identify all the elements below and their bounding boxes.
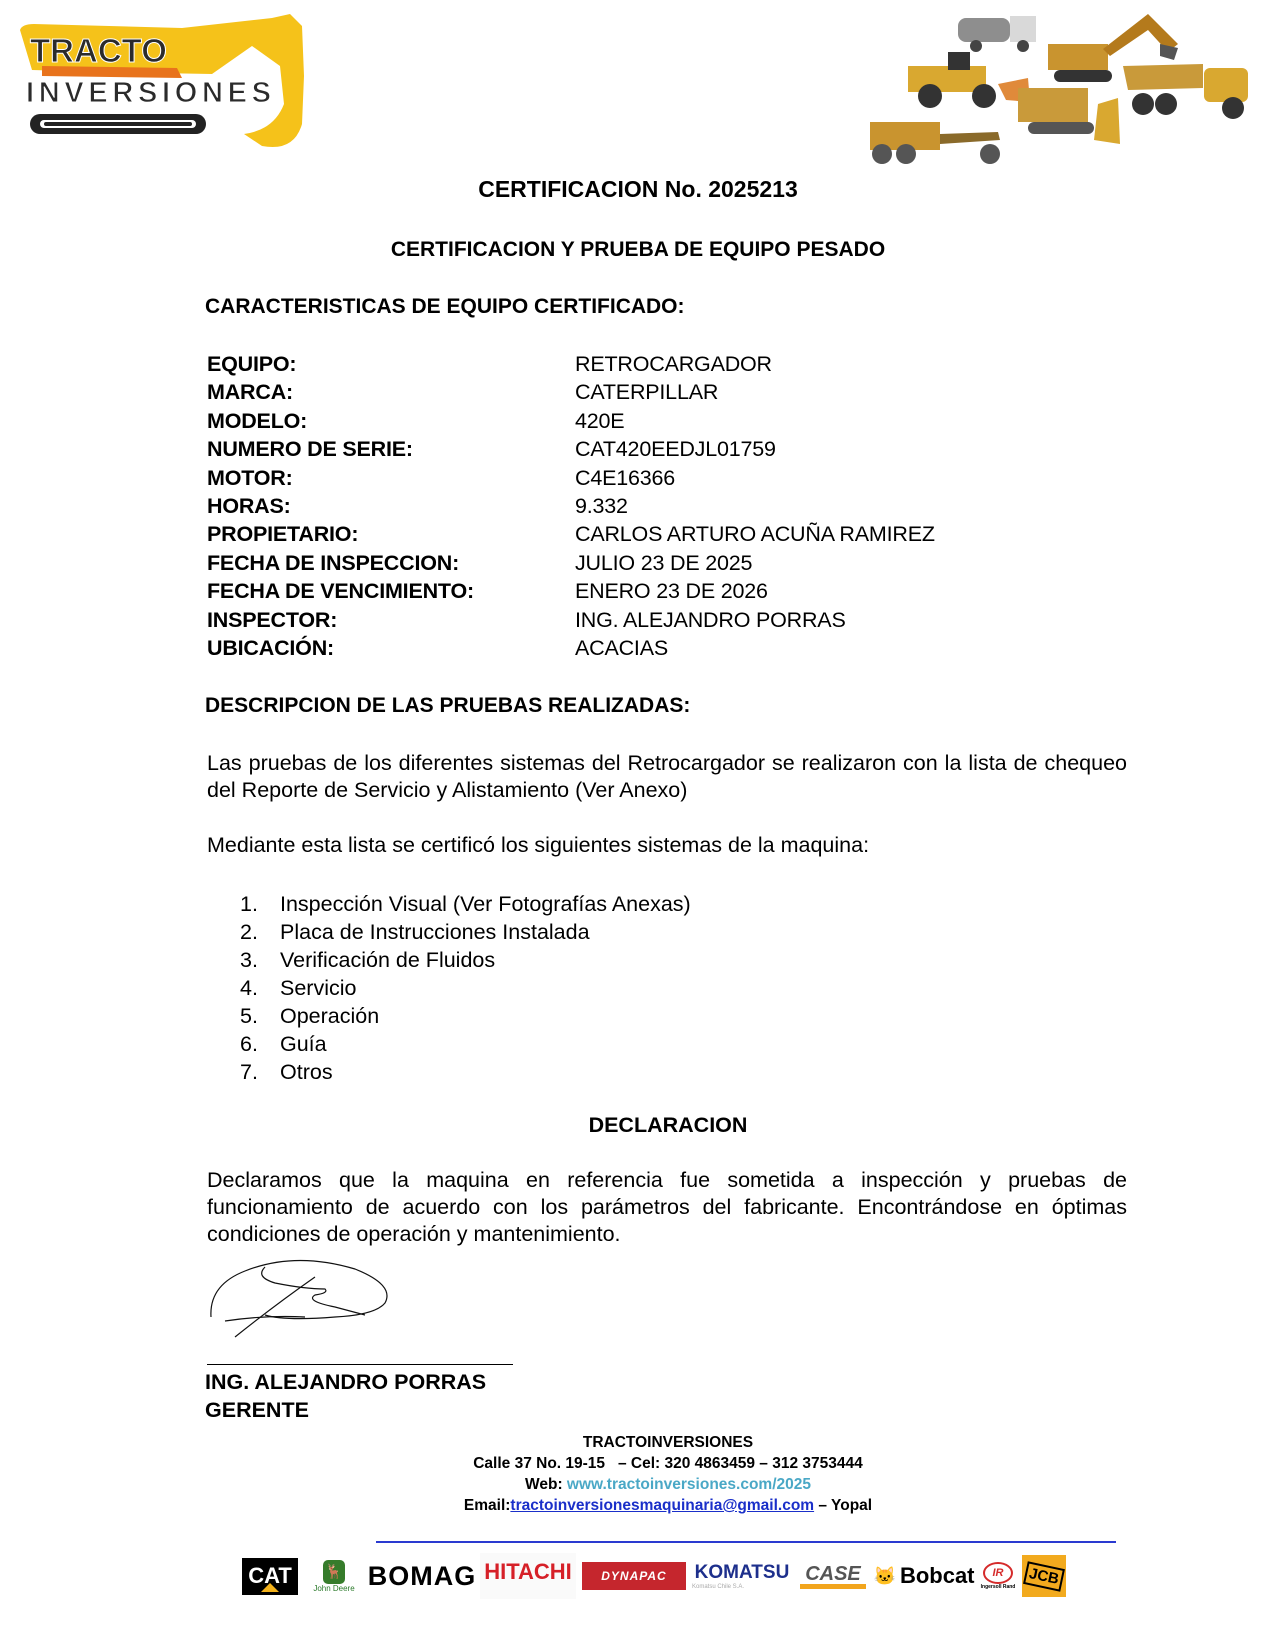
spec-row: PROPIETARIO:CARLOS ARTURO ACUÑA RAMIREZ xyxy=(207,520,935,548)
hitachi-logo-icon: HITACHI xyxy=(480,1553,576,1599)
list-item-text: Servicio xyxy=(280,974,356,1002)
list-item-text: Otros xyxy=(280,1058,333,1086)
tests-heading: DESCRIPCION DE LAS PRUEBAS REALIZADAS: xyxy=(205,694,690,718)
spec-row: MODELO:420E xyxy=(207,407,935,435)
list-item-number: 4. xyxy=(240,974,280,1002)
tests-description-paragraph: Las pruebas de los diferentes sistemas d… xyxy=(207,750,1127,804)
cat-logo-icon: CAT xyxy=(242,1558,298,1595)
spec-value: JULIO 23 DE 2025 xyxy=(575,549,752,577)
list-item-number: 5. xyxy=(240,1002,280,1030)
spec-value: CAT420EEDJL01759 xyxy=(575,435,776,463)
spec-label: UBICACIÓN: xyxy=(207,634,575,662)
signer-block: ING. ALEJANDRO PORRAS GERENTE xyxy=(205,1368,486,1424)
spec-label: NUMERO DE SERIE: xyxy=(207,435,575,463)
spec-value: RETROCARGADOR xyxy=(575,350,772,378)
spec-row: MARCA:CATERPILLAR xyxy=(207,378,935,406)
spec-value: ING. ALEJANDRO PORRAS xyxy=(575,606,846,634)
declaration-heading: DECLARACION xyxy=(0,1113,1276,1138)
excavator-icon xyxy=(1048,44,1108,70)
spec-value: ENERO 23 DE 2026 xyxy=(575,577,768,605)
list-item-text: Placa de Instrucciones Instalada xyxy=(280,918,590,946)
list-item: 1.Inspección Visual (Ver Fotografías Ane… xyxy=(240,890,691,918)
list-item: 5.Operación xyxy=(240,1002,691,1030)
checklist-intro: Mediante esta lista se certificó los sig… xyxy=(207,832,1127,859)
spec-label: INSPECTOR: xyxy=(207,606,575,634)
list-item-text: Verificación de Fluidos xyxy=(280,946,495,974)
spec-label: MODELO: xyxy=(207,407,575,435)
tank-truck-icon xyxy=(958,18,1010,42)
spec-label: FECHA DE INSPECCION: xyxy=(207,549,575,577)
list-item-number: 2. xyxy=(240,918,280,946)
spec-value: 9.332 xyxy=(575,492,628,520)
signature-line xyxy=(207,1364,513,1365)
ingersoll-rand-logo-icon: IRIngersoll Rand xyxy=(980,1557,1016,1595)
spec-row: HORAS:9.332 xyxy=(207,492,935,520)
list-item-number: 6. xyxy=(240,1030,280,1058)
footer-address: Calle 37 No. 19-15 – Cel: 320 4863459 – … xyxy=(0,1453,1276,1474)
list-item: 4.Servicio xyxy=(240,974,691,1002)
spec-row: FECHA DE VENCIMIENTO:ENERO 23 DE 2026 xyxy=(207,577,935,605)
list-item: 3.Verificación de Fluidos xyxy=(240,946,691,974)
email-label: Email: xyxy=(464,1497,511,1514)
signature-image xyxy=(205,1255,400,1355)
tractoinversiones-logo: TRACTO INVERSIONES xyxy=(12,6,307,156)
list-item: 6.Guía xyxy=(240,1030,691,1058)
spec-value: ACACIAS xyxy=(575,634,668,662)
list-item: 7.Otros xyxy=(240,1058,691,1086)
svg-text:TRACTO: TRACTO xyxy=(30,32,167,69)
web-label: Web: xyxy=(525,1476,567,1493)
certified-systems-list: 1.Inspección Visual (Ver Fotografías Ane… xyxy=(240,890,691,1086)
excavator-logo-icon: TRACTO INVERSIONES xyxy=(12,6,307,156)
spec-row: INSPECTOR:ING. ALEJANDRO PORRAS xyxy=(207,606,935,634)
email-link[interactable]: tractoinversionesmaquinaria@gmail.com xyxy=(510,1497,814,1514)
footer-divider xyxy=(376,1541,1116,1543)
footer-web-line: Web: www.tractoinversiones.com/2025 xyxy=(0,1474,1276,1495)
spec-label: EQUIPO: xyxy=(207,350,575,378)
document-subtitle: CERTIFICACION Y PRUEBA DE EQUIPO PESADO xyxy=(0,238,1276,262)
company-footer: TRACTOINVERSIONES Calle 37 No. 19-15 – C… xyxy=(0,1432,1276,1516)
list-item-text: Inspección Visual (Ver Fotografías Anexa… xyxy=(280,890,691,918)
case-logo-icon: CASE xyxy=(798,1560,868,1592)
signer-name: ING. ALEJANDRO PORRAS xyxy=(205,1368,486,1396)
spec-value: CATERPILLAR xyxy=(575,378,718,406)
bomag-logo-icon: BOMAG xyxy=(370,1556,474,1596)
dynapac-logo-icon: DYNAPAC xyxy=(582,1562,686,1590)
web-link[interactable]: www.tractoinversiones.com/2025 xyxy=(567,1476,811,1493)
city-suffix: – Yopal xyxy=(814,1497,872,1514)
footer-company: TRACTOINVERSIONES xyxy=(0,1432,1276,1453)
list-item-number: 1. xyxy=(240,890,280,918)
bulldozer-icon xyxy=(1018,88,1088,122)
dump-truck-icon xyxy=(1123,64,1203,90)
list-item-text: Guía xyxy=(280,1030,327,1058)
komatsu-logo-icon: KOMATSUKomatsu Chile S.A. xyxy=(692,1558,792,1594)
list-item-number: 3. xyxy=(240,946,280,974)
john-deere-logo-icon: 🦌John Deere xyxy=(304,1553,364,1599)
spec-row: FECHA DE INSPECCION:JULIO 23 DE 2025 xyxy=(207,549,935,577)
jcb-logo-icon: JCB xyxy=(1022,1555,1066,1597)
wheel-loader-icon xyxy=(908,66,986,92)
spec-value: 420E xyxy=(575,407,624,435)
svg-text:INVERSIONES: INVERSIONES xyxy=(26,77,271,109)
equipment-specs-table: EQUIPO:RETROCARGADORMARCA:CATERPILLARMOD… xyxy=(207,350,935,662)
spec-value: CARLOS ARTURO ACUÑA RAMIREZ xyxy=(575,520,935,548)
spec-row: EQUIPO:RETROCARGADOR xyxy=(207,350,935,378)
list-item: 2.Placa de Instrucciones Instalada xyxy=(240,918,691,946)
list-item-text: Operación xyxy=(280,1002,379,1030)
brand-logos-row: CAT 🦌John Deere BOMAG HITACHI DYNAPAC KO… xyxy=(242,1553,1072,1599)
footer-email-line: Email:tractoinversionesmaquinaria@gmail.… xyxy=(0,1495,1276,1516)
signer-role: GERENTE xyxy=(205,1396,486,1424)
spec-row: MOTOR:C4E16366 xyxy=(207,464,935,492)
spec-label: MARCA: xyxy=(207,378,575,406)
spec-label: MOTOR: xyxy=(207,464,575,492)
spec-label: FECHA DE VENCIMIENTO: xyxy=(207,577,575,605)
spec-row: NUMERO DE SERIE:CAT420EEDJL01759 xyxy=(207,435,935,463)
heavy-machinery-image xyxy=(848,4,1258,172)
spec-row: UBICACIÓN:ACACIAS xyxy=(207,634,935,662)
spec-label: HORAS: xyxy=(207,492,575,520)
spec-label: PROPIETARIO: xyxy=(207,520,575,548)
declaration-paragraph: Declaramos que la maquina en referencia … xyxy=(207,1167,1127,1248)
list-item-number: 7. xyxy=(240,1058,280,1086)
certification-number-title: CERTIFICACION No. 2025213 xyxy=(0,176,1276,203)
bobcat-logo-icon: 🐱Bobcat xyxy=(874,1561,974,1591)
characteristics-heading: CARACTERISTICAS DE EQUIPO CERTIFICADO: xyxy=(205,295,685,319)
spec-value: C4E16366 xyxy=(575,464,675,492)
